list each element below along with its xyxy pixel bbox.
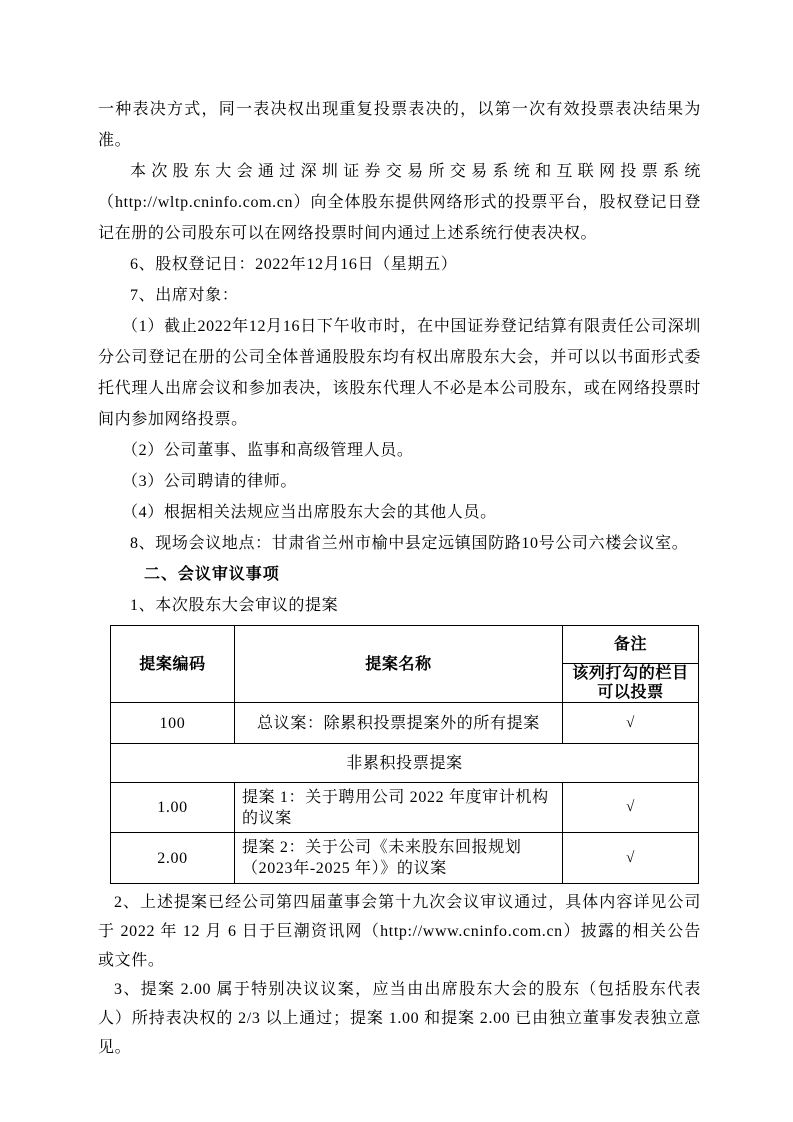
vote-checkmark: √ (563, 833, 699, 884)
document-page: 一种表决方式，同一表决权出现重复投票表决的，以第一次有效投票表决结果为准。 本次… (0, 0, 793, 1122)
item-6-record-date: 6、股权登记日：2022年12月16日（星期五） (98, 249, 701, 280)
item-7-4-others: （4）根据相关法规应当出席股东大会的其他人员。 (98, 497, 701, 528)
proposal-code: 1.00 (111, 783, 235, 833)
proposal-name: 提案 1：关于聘用公司 2022 年度审计机构的议案 (235, 783, 563, 833)
section-2-item-1: 1、本次股东大会审议的提案 (98, 590, 701, 621)
group-label: 非累积投票提案 (111, 744, 699, 783)
item-7-3-lawyers: （3）公司聘请的律师。 (98, 466, 701, 497)
proposal-code: 100 (111, 703, 235, 744)
table-header-row: 提案编码 提案名称 备注 (111, 626, 699, 664)
note-3-special-resolution: 3、提案 2.00 属于特别决议议案，应当由出席股东大会的股东（包括股东代表人）… (98, 975, 701, 1062)
paragraph-network-voting: 本次股东大会通过深圳证券交易所交易系统和互联网投票系统（http://wltp.… (98, 156, 701, 249)
proposals-table: 提案编码 提案名称 备注 该列打勾的栏目可以投票 100 总议案：除累积投票提案… (110, 625, 699, 884)
item-7-attendees: 7、出席对象： (98, 280, 701, 311)
item-7-1-shareholders: （1）截止2022年12月16日下午收市时，在中国证券登记结算有限责任公司深圳分… (98, 311, 701, 435)
note-2-board-approval: 2、上述提案已经公司第四届董事会第十九次会议审议通过，具体内容详见公司于 202… (98, 888, 701, 975)
table-row-proposal-1: 1.00 提案 1：关于聘用公司 2022 年度审计机构的议案 √ (111, 783, 699, 833)
section-2-heading: 二、会议审议事项 (98, 559, 701, 590)
vote-checkmark: √ (563, 783, 699, 833)
proposal-name: 总议案：除累积投票提案外的所有提案 (235, 703, 563, 744)
proposal-name: 提案 2：关于公司《未来股东回报规划（2023年-2025 年）》的议案 (235, 833, 563, 884)
item-8-venue: 8、现场会议地点：甘肃省兰州市榆中县定远镇国防路10号公司六楼会议室。 (98, 528, 701, 559)
vote-checkmark: √ (563, 703, 699, 744)
document-content: 一种表决方式，同一表决权出现重复投票表决的，以第一次有效投票表决结果为准。 本次… (98, 94, 701, 1062)
table-row-general-proposal: 100 总议案：除累积投票提案外的所有提案 √ (111, 703, 699, 744)
paragraph-voting-method: 一种表决方式，同一表决权出现重复投票表决的，以第一次有效投票表决结果为准。 (98, 94, 701, 156)
table-row-proposal-2: 2.00 提案 2：关于公司《未来股东回报规划（2023年-2025 年）》的议… (111, 833, 699, 884)
proposal-code: 2.00 (111, 833, 235, 884)
col-header-remark: 备注 (563, 626, 699, 664)
col-header-remark-note: 该列打勾的栏目可以投票 (563, 664, 699, 703)
col-header-proposal-code: 提案编码 (111, 626, 235, 703)
col-header-proposal-name: 提案名称 (235, 626, 563, 703)
item-7-2-directors: （2）公司董事、监事和高级管理人员。 (98, 435, 701, 466)
table-row-non-cumulative-group: 非累积投票提案 (111, 744, 699, 783)
